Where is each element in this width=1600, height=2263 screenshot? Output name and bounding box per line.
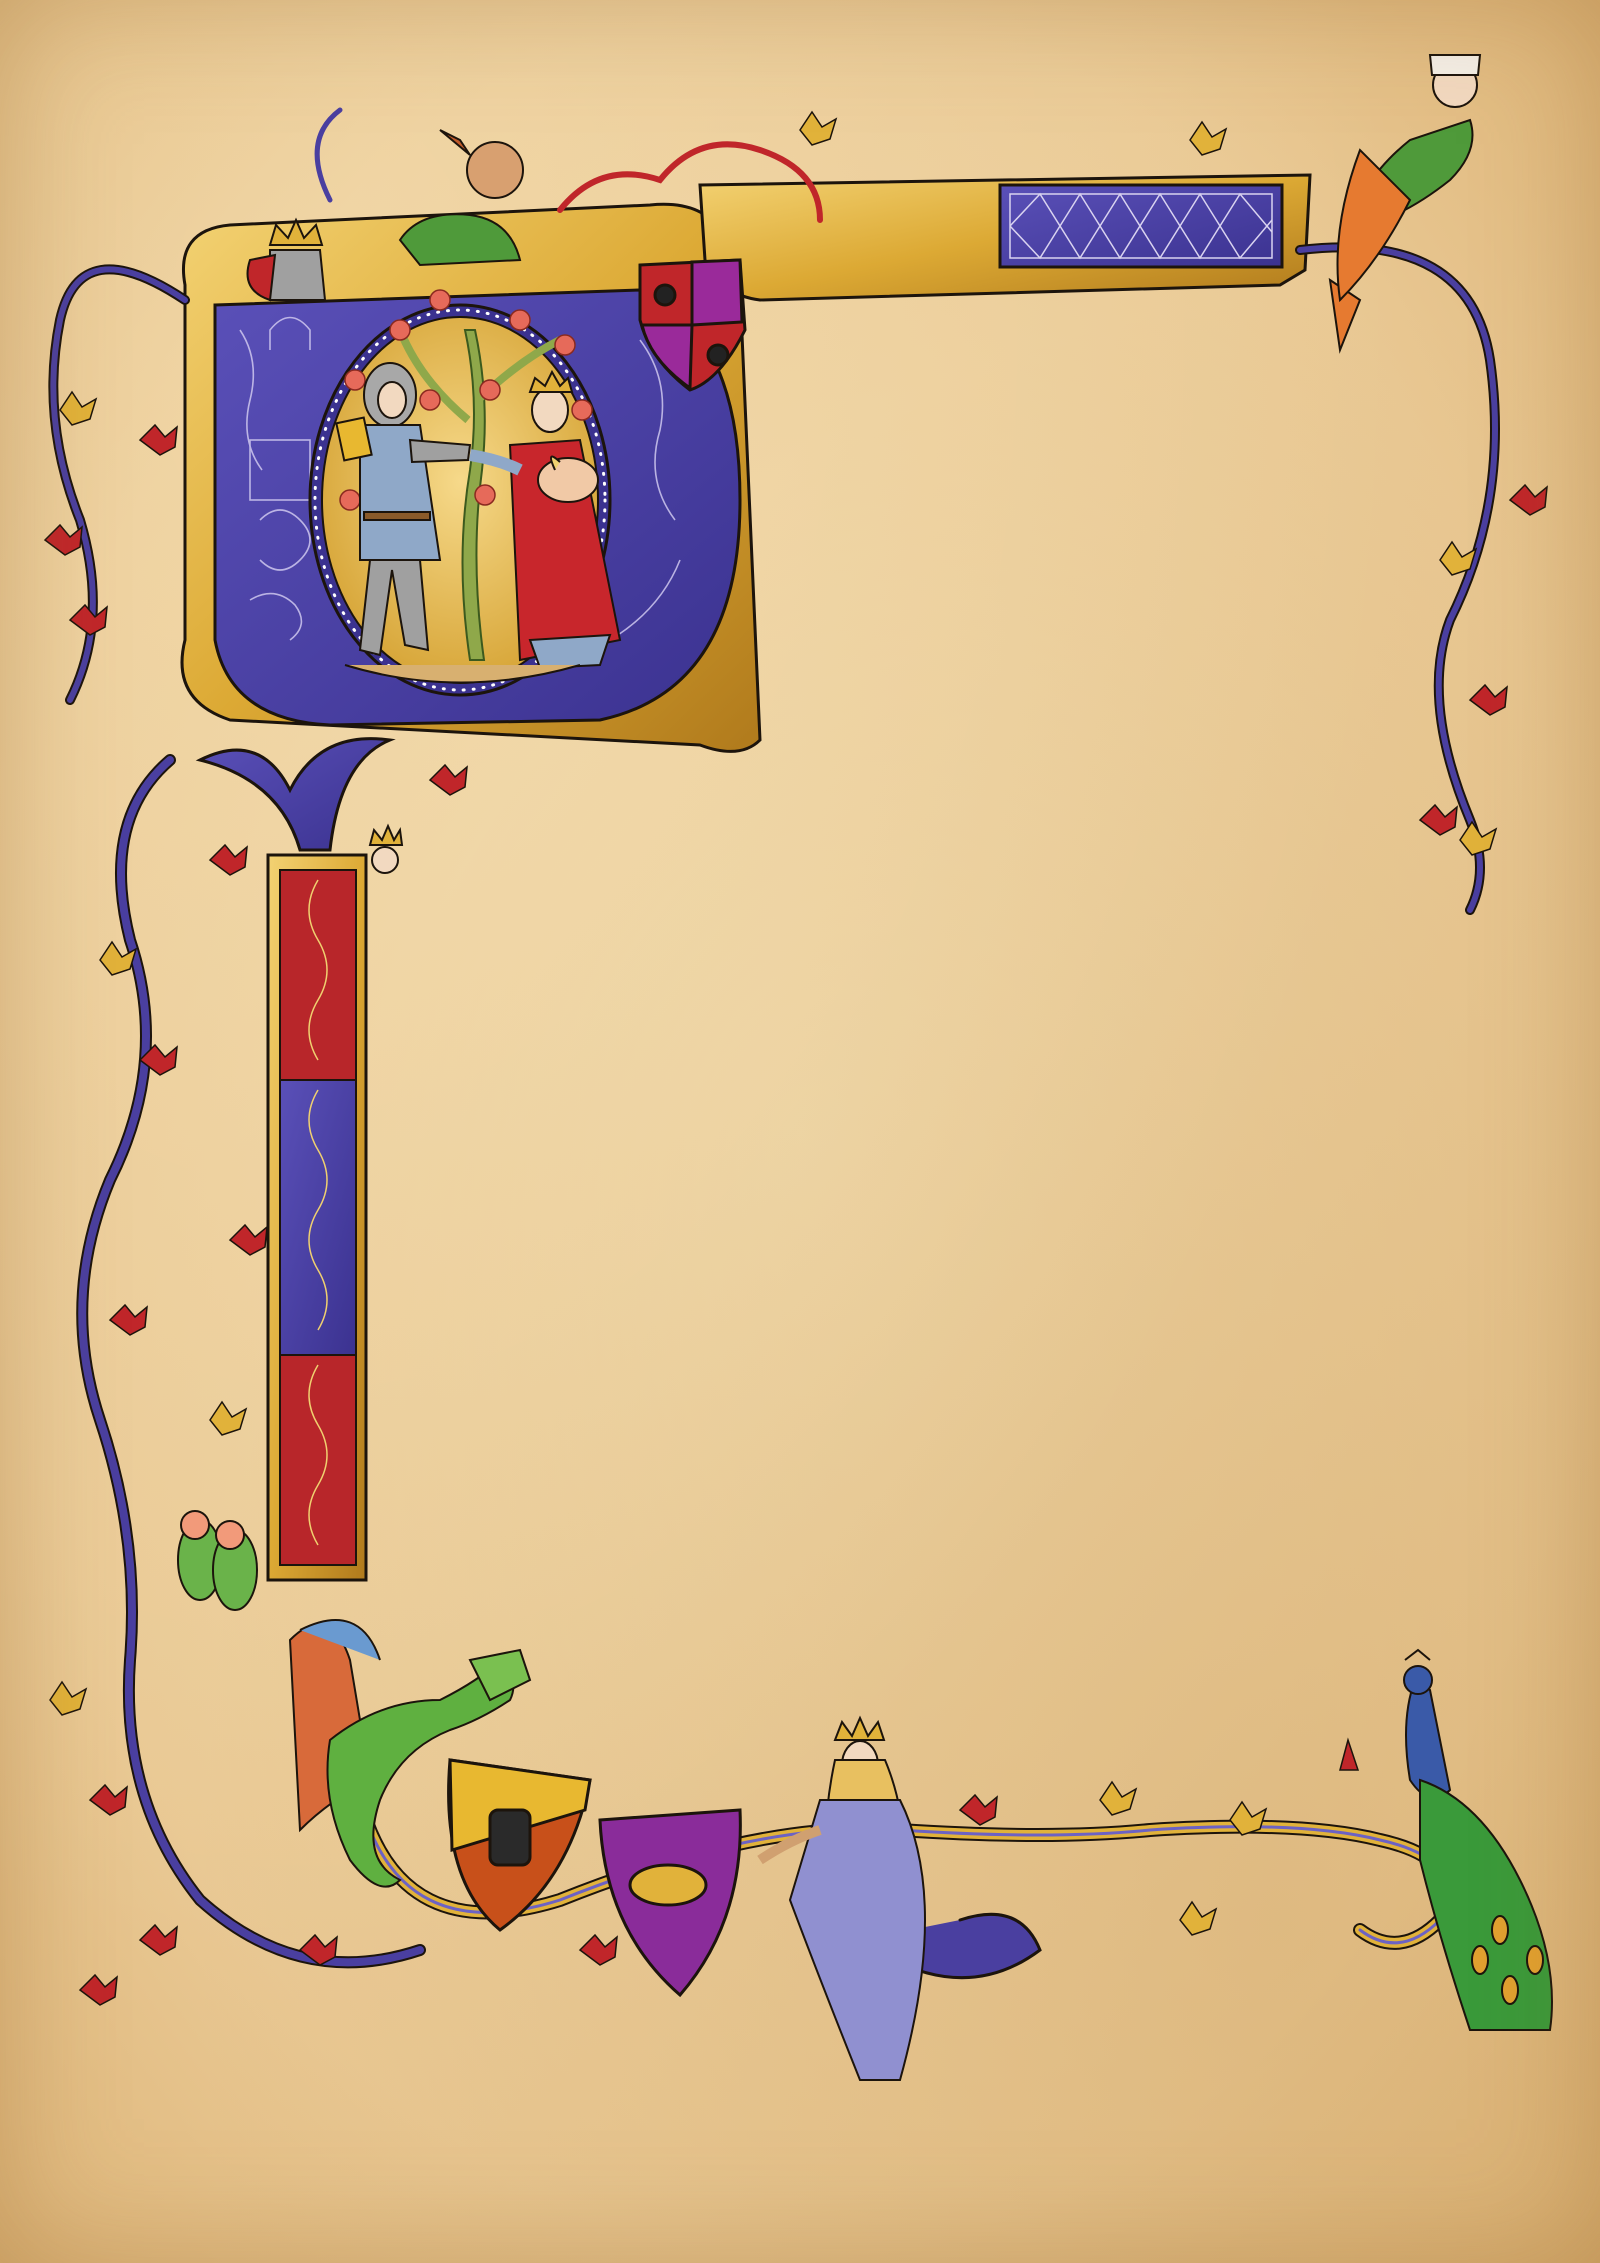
crowned-queen [760,1718,925,2080]
lovebirds [178,1511,257,1610]
shield-pig [600,1810,740,1995]
top-border-bar [700,175,1310,300]
manuscript-page [0,0,1600,2263]
gothic-arch [200,739,390,850]
peacock [1404,1650,1552,2030]
lady-headed-bird [1330,55,1480,350]
winged-pig [538,458,598,502]
illumination-artwork [0,0,1600,2263]
letter-p-stem [268,855,366,1580]
kings-head [370,826,402,873]
grotesque-lion [400,130,523,265]
